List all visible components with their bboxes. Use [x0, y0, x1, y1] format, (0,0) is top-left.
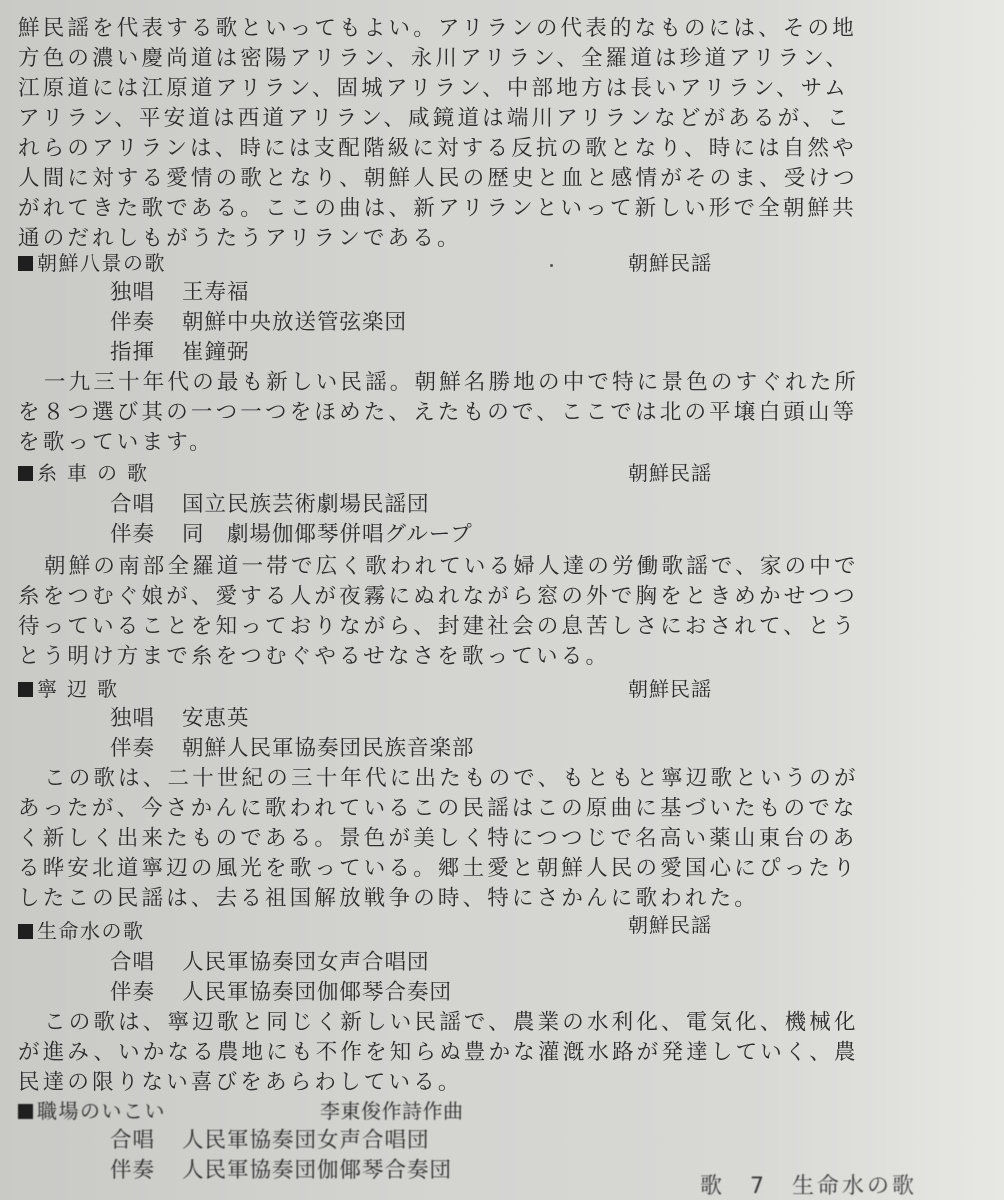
song-heading: 職場のいこい	[18, 1096, 166, 1126]
bullet-square-icon	[18, 682, 33, 697]
song-title: 糸車の歌	[37, 461, 157, 485]
intro-line: 鮮民謡を代表する歌といってもよい。アリランの代表的なものには、その地	[18, 14, 857, 44]
credit-role: 伴奏	[110, 734, 182, 764]
credit-role: 伴奏	[110, 978, 182, 1008]
song-genre: 朝鮮民謡	[628, 248, 712, 278]
song-description-line: この歌は、二十世紀の三十年代に出たもので、もともと寧辺歌というのが	[44, 764, 859, 794]
song-title: 寧辺歌	[37, 677, 127, 701]
song-credit: 伴奏朝鮮人民軍協奏団民族音楽部	[110, 734, 475, 764]
song-heading: 朝鮮八景の歌	[18, 248, 166, 278]
song-description-line: く新しく出来たものである。景色が美しく特につつじで名高い薬山東台のあ	[18, 824, 857, 854]
credit-name: 人民軍協奏団伽倻琴合奏団	[182, 980, 452, 1005]
credit-role: 伴奏	[110, 308, 182, 338]
song-description-line: とう明け方まで糸をつむぐやるせなさを歌っている。	[18, 642, 610, 672]
song-description-line: を歌っています。	[18, 428, 214, 458]
song-description-line: 民達の限りない喜びをあらわしている。	[18, 1068, 463, 1098]
song-description-line: 待っていることを知っておりながら、封建社会の息苦しさにおされて、とう	[18, 612, 857, 642]
song-heading: 寧辺歌	[18, 674, 127, 704]
credit-role: 合唱	[110, 490, 182, 520]
song-title: 職場のいこい	[37, 1099, 166, 1123]
song-credit: 伴奏同 劇場伽倻琴併唱グループ	[110, 520, 473, 550]
footer-track-fragment: 歌 7 生命水の歌	[700, 1172, 917, 1200]
song-description-line: が進み、いかなる農地にも不作を知らぬ豊かな灌漑水路が発達していく、農	[18, 1038, 859, 1068]
bullet-square-icon	[18, 924, 33, 939]
song-credit: 指揮崔鐘弼	[110, 338, 250, 368]
song-description-line: 朝鮮の南部全羅道一帯で広く歌われている婦人達の労働歌謡で、家の中で	[44, 552, 859, 582]
song-credit: 合唱人民軍協奏団女声合唱団	[110, 948, 430, 978]
song-title: 朝鮮八景の歌	[37, 251, 166, 275]
intro-line: がれてきた歌である。ここの曲は、新アリランといって新しい形で全朝鮮共	[18, 194, 857, 224]
credit-name: 安恵英	[182, 706, 250, 731]
bullet-square-icon	[18, 256, 33, 271]
page-lighting-overlay	[884, 0, 1004, 1200]
intro-line: 江原道には江原道アリラン、固城アリラン、中部地方は長いアリラン、サム	[18, 74, 849, 104]
credit-name: 王寿福	[182, 280, 250, 305]
song-description-line: を８つ選び其の一つ一つをほめた、えたもので、ここでは北の平壌白頭山等	[18, 398, 857, 428]
bullet-square-icon	[18, 466, 33, 481]
song-composer: 李東俊作詩作曲	[320, 1096, 464, 1126]
intro-line: アリラン、平安道は西道アリラン、咸鏡道は端川アリランなどがあるが、こ	[18, 104, 852, 134]
song-credit: 伴奏人民軍協奏団伽倻琴合奏団	[110, 1156, 452, 1186]
intro-line: れらのアリランは、時には支配階級に対する反抗の歌となり、時には自然や	[18, 134, 857, 164]
song-heading: 生命水の歌	[18, 916, 145, 946]
song-genre: 朝鮮民謡	[628, 910, 712, 940]
intro-line: 人間に対する愛情の歌となり、朝鮮人民の歴史と血と感情がそのま、受けつ	[18, 164, 858, 194]
song-description-line: る晔安北道寧辺の風光を歌っている。郷土愛と朝鮮人民の愛国心にぴったり	[18, 854, 858, 884]
credit-name: 人民軍協奏団伽倻琴合奏団	[182, 1158, 452, 1183]
song-heading: 糸車の歌	[18, 458, 157, 488]
song-credit: 伴奏人民軍協奏団伽倻琴合奏団	[110, 978, 452, 1008]
document-page: 鮮民謡を代表する歌といってもよい。アリランの代表的なものには、その地 方色の濃い…	[0, 0, 1004, 1200]
song-description-line: この歌は、寧辺歌と同じく新しい民謡で、農業の水利化、電気化、機械化	[44, 1008, 859, 1038]
stray-dot	[550, 264, 553, 267]
song-description-line: あったが、今さかんに歌われているこの民謡はこの原曲に基づいたものでな	[18, 794, 858, 824]
credit-name: 同 劇場伽倻琴併唱グループ	[182, 522, 473, 547]
song-description-line: 一九三十年代の最も新しい民謡。朝鮮名勝地の中で特に景色のすぐれた所	[44, 368, 859, 398]
song-genre: 朝鮮民謡	[628, 674, 712, 704]
song-credit: 合唱人民軍協奏団女声合唱団	[110, 1126, 430, 1156]
credit-role: 指揮	[110, 338, 182, 368]
song-credit: 独唱安恵英	[110, 704, 250, 734]
bullet-square-icon	[18, 1104, 33, 1119]
credit-name: 人民軍協奏団女声合唱団	[182, 1128, 430, 1153]
song-title: 生命水の歌	[37, 919, 145, 943]
credit-name: 朝鮮人民軍協奏団民族音楽部	[182, 736, 475, 761]
credit-role: 伴奏	[110, 1156, 182, 1186]
credit-role: 伴奏	[110, 520, 182, 550]
credit-role: 合唱	[110, 1126, 182, 1156]
credit-name: 崔鐘弼	[182, 340, 250, 365]
song-credit: 合唱国立民族芸術劇場民謡団	[110, 490, 430, 520]
song-description-line: 糸をつむぐ娘が、愛する人が夜霧にぬれながら窓の外で胸をときめかせつつ	[18, 582, 858, 612]
credit-role: 独唱	[110, 704, 182, 734]
song-genre: 朝鮮民謡	[628, 458, 712, 488]
song-credit: 伴奏朝鮮中央放送管弦楽団	[110, 308, 407, 338]
credit-role: 独唱	[110, 278, 182, 308]
intro-line: 方色の濃い慶尚道は密陽アリラン、永川アリラン、全羅道は珍道アリラン、	[18, 44, 850, 74]
credit-name: 朝鮮中央放送管弦楽団	[182, 310, 407, 335]
credit-name: 国立民族芸術劇場民謡団	[182, 492, 430, 517]
song-credit: 独唱王寿福	[110, 278, 250, 308]
credit-role: 合唱	[110, 948, 182, 978]
credit-name: 人民軍協奏団女声合唱団	[182, 950, 430, 975]
